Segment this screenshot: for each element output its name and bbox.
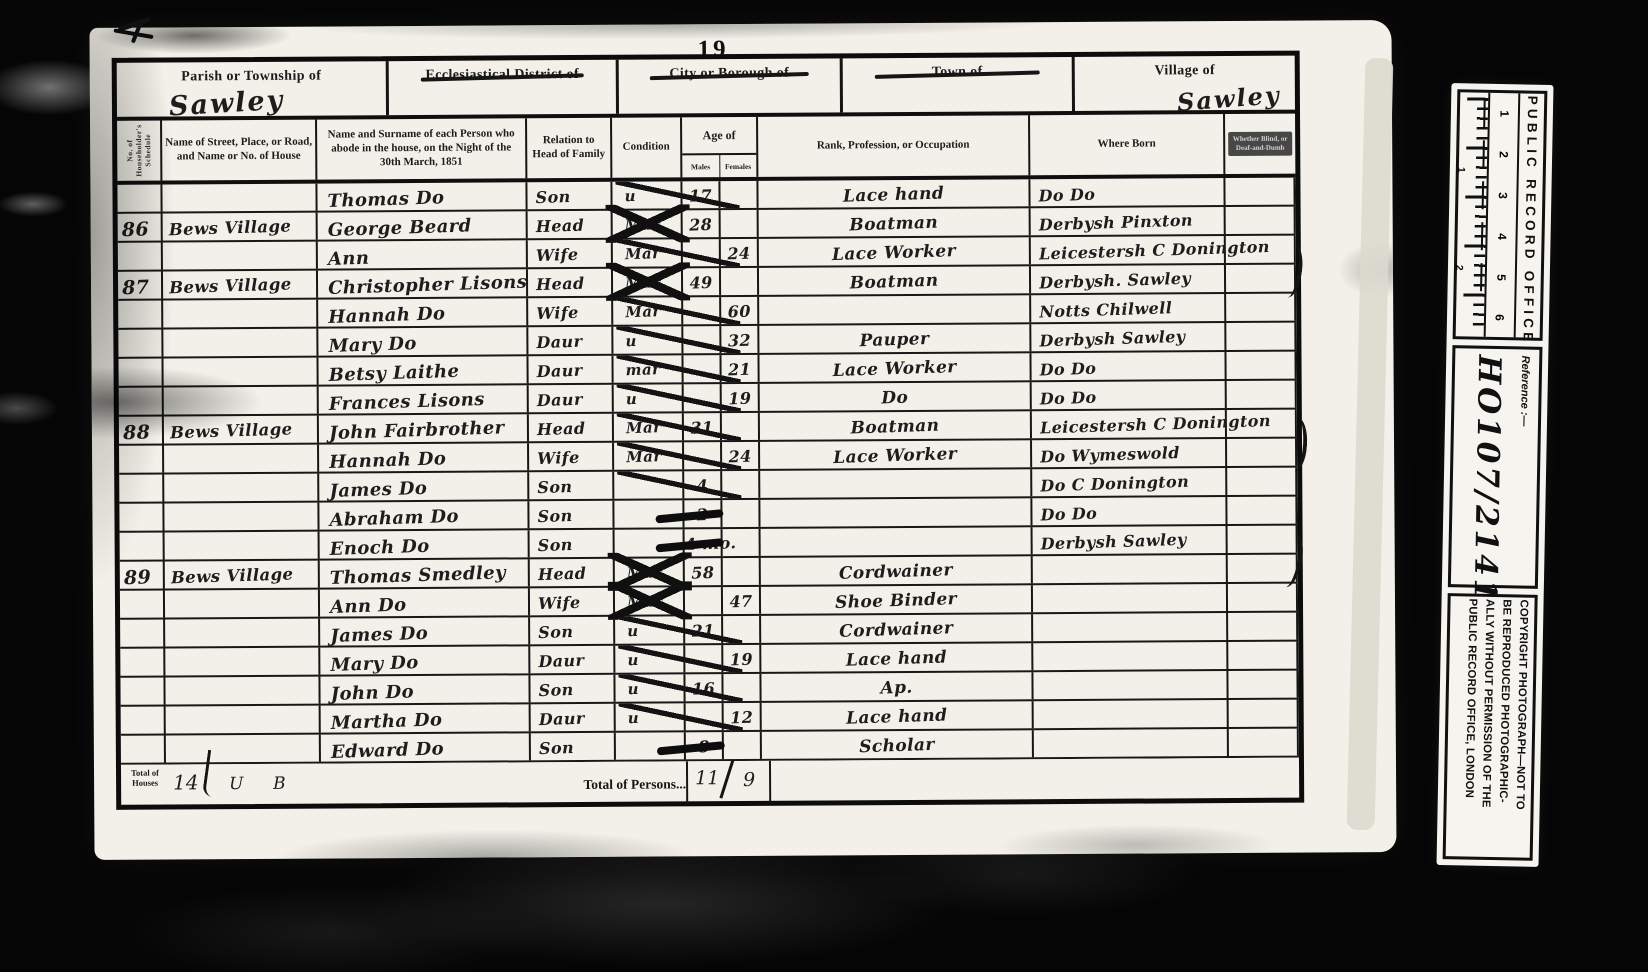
parish-value-handwriting: Sawley bbox=[168, 85, 285, 123]
cell-age-male bbox=[685, 587, 723, 614]
cell-relation: Son bbox=[527, 182, 612, 210]
cell-blind-deaf bbox=[1229, 700, 1299, 727]
cell-schedule-number: 86 bbox=[118, 214, 163, 241]
cell-relation: Son bbox=[530, 675, 615, 703]
cell-name: Enoch Do bbox=[320, 530, 530, 558]
cell-occupation: Boatman bbox=[760, 411, 1032, 440]
cell-blind-deaf bbox=[1228, 584, 1298, 611]
cell-age-female bbox=[723, 558, 761, 585]
cell-name: Hannah Do bbox=[319, 443, 529, 471]
cell-age-female bbox=[722, 471, 760, 498]
column-name-surname: Name and Surname of each Person who abod… bbox=[317, 118, 527, 179]
cell-age-male: 17 bbox=[682, 181, 720, 208]
cell-name: Ann Do bbox=[320, 588, 530, 616]
cell-blind-deaf bbox=[1226, 207, 1296, 234]
cell-relation: Head bbox=[530, 559, 615, 587]
cell-occupation bbox=[761, 527, 1033, 556]
cell-occupation bbox=[760, 469, 1032, 498]
cell-relation: Son bbox=[531, 733, 616, 761]
cell-condition: Mar bbox=[613, 210, 683, 237]
cell-occupation: Ap. bbox=[761, 672, 1033, 701]
cell-age-female bbox=[723, 529, 761, 556]
cell-occupation bbox=[760, 498, 1032, 527]
cell-age-female bbox=[720, 181, 758, 208]
cell-blind-deaf bbox=[1226, 236, 1296, 263]
cell-street bbox=[165, 619, 320, 647]
cell-relation: Daur bbox=[528, 356, 613, 384]
parish-label: Parish or Township of bbox=[117, 61, 386, 86]
cell-condition bbox=[615, 529, 685, 556]
cell-condition: Mar bbox=[614, 442, 684, 469]
cell-blind-deaf bbox=[1227, 439, 1297, 466]
village-label: Village of bbox=[1075, 56, 1295, 80]
reference-value-handwriting: HO107/2141 bbox=[1467, 355, 1507, 580]
cell-where-born: Do Do bbox=[1030, 178, 1225, 206]
cell-schedule-number bbox=[119, 388, 164, 415]
cell-street bbox=[166, 735, 321, 763]
cell-schedule-number bbox=[121, 707, 166, 734]
cell-street bbox=[165, 648, 320, 676]
cell-relation: Daur bbox=[529, 385, 614, 413]
header-band: Parish or Township of Sawley Ecclesiasti… bbox=[117, 56, 1295, 121]
cell-condition: u bbox=[616, 703, 686, 730]
cell-age-male bbox=[684, 384, 722, 411]
cell-street bbox=[165, 532, 320, 560]
cell-name: Martha Do bbox=[321, 704, 531, 732]
cell-where-born: Derbysh Sawley bbox=[1031, 323, 1226, 351]
cell-age-male bbox=[684, 442, 722, 469]
cell-blind-deaf bbox=[1226, 294, 1296, 321]
cell-age-male bbox=[686, 703, 724, 730]
cell-occupation: Scholar bbox=[762, 730, 1034, 759]
cell-occupation: Lace Worker bbox=[759, 237, 1031, 266]
village-value-handwriting: Sawley bbox=[1176, 80, 1282, 117]
cell-street bbox=[162, 184, 317, 212]
cell-age-male: 31 bbox=[684, 413, 722, 440]
cell-condition: Mar bbox=[614, 413, 684, 440]
total-houses-label: Total of Houses bbox=[123, 769, 167, 789]
cell-schedule-number bbox=[118, 359, 163, 386]
cell-where-born bbox=[1034, 729, 1229, 757]
cell-blind-deaf bbox=[1229, 729, 1299, 756]
cell-occupation: Boatman bbox=[759, 266, 1031, 295]
cell-relation: Head bbox=[528, 211, 613, 239]
cell-condition: u bbox=[615, 645, 685, 672]
cell-age-female: 21 bbox=[721, 355, 759, 382]
cell-age-female: 19 bbox=[723, 645, 761, 672]
total-females-value: 9 bbox=[743, 769, 755, 791]
cell-schedule-number bbox=[119, 475, 164, 502]
cell-where-born: Do Do bbox=[1032, 381, 1227, 409]
column-where-born: Where Born bbox=[1030, 114, 1225, 175]
cell-blind-deaf bbox=[1228, 642, 1298, 669]
cell-condition: u bbox=[613, 326, 683, 353]
scale-cell: 2 bbox=[1482, 140, 1524, 169]
column-occupation: Rank, Profession, or Occupation bbox=[758, 115, 1030, 177]
cell-name: Christopher Lisons bbox=[318, 269, 528, 297]
cell-where-born: Derbysh Sawley bbox=[1033, 526, 1228, 554]
cell-blind-deaf bbox=[1225, 178, 1295, 205]
cell-condition: Mar bbox=[615, 558, 685, 585]
cell-street: Bews Village bbox=[163, 271, 318, 299]
cell-occupation: Lace Worker bbox=[759, 353, 1031, 382]
cell-occupation: Cordwainer bbox=[761, 614, 1033, 643]
cell-name: Ann bbox=[318, 240, 528, 268]
cell-street bbox=[163, 358, 318, 386]
cell-age-female bbox=[723, 674, 761, 701]
building-mark: B bbox=[273, 774, 286, 794]
cell-blind-deaf bbox=[1227, 497, 1297, 524]
cell-age-male: 58 bbox=[685, 558, 723, 585]
total-males-value: 11 bbox=[695, 767, 719, 789]
cell-where-born bbox=[1033, 555, 1228, 583]
total-persons-label: Total of Persons... bbox=[451, 776, 686, 793]
cell-where-born bbox=[1033, 584, 1228, 612]
cell-relation: Daur bbox=[530, 646, 615, 674]
cell-relation: Daur bbox=[528, 327, 613, 355]
cell-relation: Head bbox=[529, 414, 614, 442]
scale-section: 1 2 1 2 3 4 5 6 PUBLIC RECORD OFFICE bbox=[1453, 89, 1548, 341]
cell-street bbox=[164, 445, 319, 473]
cell-age-male: 21 bbox=[685, 616, 723, 643]
cell-schedule-number bbox=[120, 678, 165, 705]
cell-occupation: Lace hand bbox=[758, 179, 1030, 208]
totals-row: Total of Houses 14 U B Total of Persons.… bbox=[121, 758, 1299, 807]
cell-age-male: 4 mo. bbox=[685, 529, 723, 556]
field-town: Town of bbox=[843, 57, 1075, 112]
scale-cell: 3 bbox=[1482, 181, 1524, 210]
cell-blind-deaf bbox=[1226, 323, 1296, 350]
scale-cells: 1 2 3 4 5 6 bbox=[1486, 93, 1521, 338]
cell-occupation bbox=[759, 295, 1031, 324]
cell-where-born: Do Do bbox=[1032, 497, 1227, 525]
cell-condition: u bbox=[614, 384, 684, 411]
cell-schedule-number bbox=[118, 243, 163, 270]
cell-condition bbox=[614, 500, 684, 527]
cell-occupation: Pauper bbox=[759, 324, 1031, 353]
cell-where-born: Notts Chilwell bbox=[1031, 294, 1226, 322]
cell-street bbox=[165, 590, 320, 618]
cell-age-male: 4 bbox=[684, 471, 722, 498]
cell-occupation: Do bbox=[760, 382, 1032, 411]
cell-blind-deaf bbox=[1228, 526, 1298, 553]
cell-age-female: 24 bbox=[721, 239, 759, 266]
cell-street bbox=[166, 706, 321, 734]
column-rule bbox=[686, 761, 688, 803]
cell-age-female bbox=[724, 732, 762, 759]
field-parish: Parish or Township of Sawley bbox=[117, 61, 389, 117]
cell-blind-deaf bbox=[1227, 468, 1297, 495]
cell-street bbox=[164, 503, 319, 531]
cell-occupation: Lace Worker bbox=[760, 440, 1032, 469]
census-table: Parish or Township of Sawley Ecclesiasti… bbox=[112, 51, 1305, 810]
cell-schedule-number bbox=[120, 591, 165, 618]
cell-where-born: Do Wymeswold bbox=[1032, 439, 1227, 467]
cell-age-male bbox=[685, 645, 723, 672]
column-relation: Relation to Head of Family bbox=[527, 118, 612, 179]
cell-blind-deaf bbox=[1227, 381, 1297, 408]
cell-schedule-number bbox=[120, 649, 165, 676]
cell-relation: Son bbox=[530, 617, 615, 645]
cell-blind-deaf bbox=[1226, 265, 1296, 292]
cell-where-born: Leicestersh C Donington bbox=[1031, 236, 1226, 264]
cell-schedule-number bbox=[119, 446, 164, 473]
cell-age-male bbox=[683, 326, 721, 353]
cell-where-born: Leicestersh C Donington bbox=[1032, 410, 1227, 438]
cell-age-female bbox=[722, 500, 760, 527]
cell-name: Thomas Smedley bbox=[320, 559, 530, 587]
cell-age-male bbox=[683, 239, 721, 266]
column-schedule-number: No. of Householder's Schedule bbox=[117, 121, 162, 181]
cell-street bbox=[163, 329, 318, 357]
cell-age-male: 16 bbox=[685, 674, 723, 701]
age-females-label: Females bbox=[720, 155, 757, 177]
cell-name: Mary Do bbox=[318, 327, 528, 355]
cell-name: John Do bbox=[320, 675, 530, 703]
column-header-row: No. of Householder's Schedule Name of St… bbox=[117, 114, 1295, 185]
cell-occupation: Lace hand bbox=[761, 643, 1033, 672]
cell-where-born bbox=[1033, 613, 1228, 641]
scale-cell: 6 bbox=[1480, 303, 1520, 332]
cell-name: James Do bbox=[320, 617, 530, 645]
cell-name: James Do bbox=[319, 472, 529, 500]
cell-schedule-number bbox=[118, 301, 163, 328]
cell-relation: Daur bbox=[531, 704, 616, 732]
cell-occupation: Lace hand bbox=[762, 701, 1034, 730]
cell-blind-deaf bbox=[1228, 613, 1298, 640]
cell-relation: Wife bbox=[530, 588, 615, 616]
column-condition: Condition bbox=[612, 117, 682, 177]
cell-name: George Beard bbox=[318, 211, 528, 239]
cell-relation: Son bbox=[529, 472, 614, 500]
uninhabited-mark: U bbox=[229, 774, 243, 794]
cell-relation: Wife bbox=[528, 298, 613, 326]
scale-cell: 5 bbox=[1480, 263, 1522, 292]
cell-condition bbox=[616, 732, 686, 759]
cell-street bbox=[163, 242, 318, 270]
cell-name: Mary Do bbox=[320, 646, 530, 674]
cell-age-male: 2 bbox=[684, 500, 722, 527]
cell-age-female bbox=[722, 413, 760, 440]
cell-relation: Son bbox=[529, 501, 614, 529]
cell-age-male: 8 bbox=[686, 732, 724, 759]
cell-age-male: 28 bbox=[683, 210, 721, 237]
ruler-scale: 1 2 bbox=[1456, 92, 1491, 337]
cell-name: Frances Lisons bbox=[319, 385, 529, 413]
census-page: 19 Parish or Township of Sawley Ecclesia… bbox=[89, 20, 1396, 860]
public-record-office-card: 1 2 1 2 3 4 5 6 PUBLIC RECORD OFFICE Ref… bbox=[1437, 83, 1554, 867]
cell-age-female bbox=[723, 616, 761, 643]
cell-occupation: Cordwainer bbox=[761, 556, 1033, 585]
cell-street: Bews Village bbox=[164, 416, 319, 444]
cell-where-born: Do Do bbox=[1031, 352, 1226, 380]
cell-condition: u bbox=[612, 181, 682, 208]
cell-blind-deaf bbox=[1226, 352, 1296, 379]
cell-blind-deaf bbox=[1227, 410, 1297, 437]
cell-street bbox=[165, 677, 320, 705]
cell-blind-deaf bbox=[1228, 555, 1298, 582]
cell-street: Bews Village bbox=[165, 561, 320, 589]
ruler-number: 1 bbox=[1455, 167, 1466, 173]
cell-condition: Mar bbox=[613, 297, 683, 324]
cell-relation: Head bbox=[528, 269, 613, 297]
census-rows: Thomas Do Son u 17 Lace hand Do Do 86 Be… bbox=[117, 178, 1299, 765]
column-blind-deaf: Whether Blind, or Deaf-and-Dumb bbox=[1225, 114, 1295, 174]
cell-where-born: Do C Donington bbox=[1032, 468, 1227, 496]
cell-age-male: 49 bbox=[683, 268, 721, 295]
ruler-number: 2 bbox=[1453, 265, 1464, 271]
cell-age-male bbox=[683, 355, 721, 382]
office-name-column: PUBLIC RECORD OFFICE bbox=[1516, 93, 1545, 337]
age-males-label: Males bbox=[682, 155, 720, 177]
field-village: Village of Sawley bbox=[1075, 56, 1295, 111]
cell-condition bbox=[614, 471, 684, 498]
cell-name: Abraham Do bbox=[319, 501, 529, 529]
cell-schedule-number bbox=[121, 736, 166, 763]
scale-cell: 4 bbox=[1481, 222, 1523, 251]
cell-name: Hannah Do bbox=[318, 298, 528, 326]
cell-where-born: Derbysh Pinxton bbox=[1031, 207, 1226, 235]
cell-schedule-number bbox=[120, 533, 165, 560]
cell-schedule-number bbox=[120, 620, 165, 647]
cell-where-born bbox=[1033, 642, 1228, 670]
cell-age-female: 60 bbox=[721, 297, 759, 324]
cell-occupation: Boatman bbox=[759, 208, 1031, 237]
cell-condition: u bbox=[615, 616, 685, 643]
cell-schedule-number bbox=[118, 330, 163, 357]
cell-schedule-number: 87 bbox=[118, 272, 163, 299]
cell-age-female: 32 bbox=[721, 326, 759, 353]
cell-name: Thomas Do bbox=[317, 182, 527, 210]
cell-age-female bbox=[721, 210, 759, 237]
reference-label: Reference :— bbox=[1518, 355, 1531, 426]
column-age: Age of Males Females bbox=[682, 117, 758, 177]
cell-condition: Mar bbox=[613, 268, 683, 295]
cell-street bbox=[163, 300, 318, 328]
cell-schedule-number: 88 bbox=[119, 417, 164, 444]
scale-cell: 1 bbox=[1483, 99, 1525, 128]
cell-name: John Fairbrother bbox=[319, 414, 529, 442]
column-street: Name of Street, Place, or Road, and Name… bbox=[162, 120, 317, 181]
cell-street bbox=[164, 387, 319, 415]
field-city-borough: City or Borough of bbox=[619, 58, 843, 113]
cell-name: Edward Do bbox=[321, 733, 531, 761]
cell-occupation: Shoe Binder bbox=[761, 585, 1033, 614]
cell-age-female: 47 bbox=[723, 587, 761, 614]
cell-age-female: 19 bbox=[722, 384, 760, 411]
total-houses-value: 14 bbox=[173, 770, 199, 794]
cell-schedule-number bbox=[117, 185, 162, 212]
cell-age-female bbox=[721, 268, 759, 295]
cell-street: Bews Village bbox=[163, 213, 318, 241]
cell-where-born bbox=[1033, 671, 1228, 699]
cell-condition: mar bbox=[613, 355, 683, 382]
cell-street bbox=[164, 474, 319, 502]
cell-schedule-number bbox=[119, 504, 164, 531]
age-of-label: Age of bbox=[682, 117, 756, 155]
cell-schedule-number: 89 bbox=[120, 562, 165, 589]
cell-age-male bbox=[683, 297, 721, 324]
cell-where-born bbox=[1034, 700, 1229, 728]
field-ecclesiastical-district: Ecclesiastical District of bbox=[389, 60, 619, 115]
cell-relation: Son bbox=[530, 530, 615, 558]
cell-age-female: 24 bbox=[722, 442, 760, 469]
cell-relation: Wife bbox=[529, 443, 614, 471]
cell-condition: u bbox=[615, 674, 685, 701]
cell-where-born: Derbysh. Sawley bbox=[1031, 265, 1226, 293]
public-record-office-text: PUBLIC RECORD OFFICE bbox=[1516, 95, 1545, 335]
column-rule bbox=[769, 761, 771, 803]
cell-condition: Mar bbox=[613, 239, 683, 266]
cell-name: Betsy Laithe bbox=[318, 356, 528, 384]
reference-section: Reference :— HO107/2141 bbox=[1448, 345, 1543, 589]
copyright-section: COPYRIGHT PHOTOGRAPH—NOT TO BE REPRODUCE… bbox=[1443, 593, 1538, 861]
cell-blind-deaf bbox=[1228, 671, 1298, 698]
cell-condition: Mar bbox=[615, 587, 685, 614]
cell-relation: Wife bbox=[528, 240, 613, 268]
cell-age-female: 12 bbox=[724, 703, 762, 730]
